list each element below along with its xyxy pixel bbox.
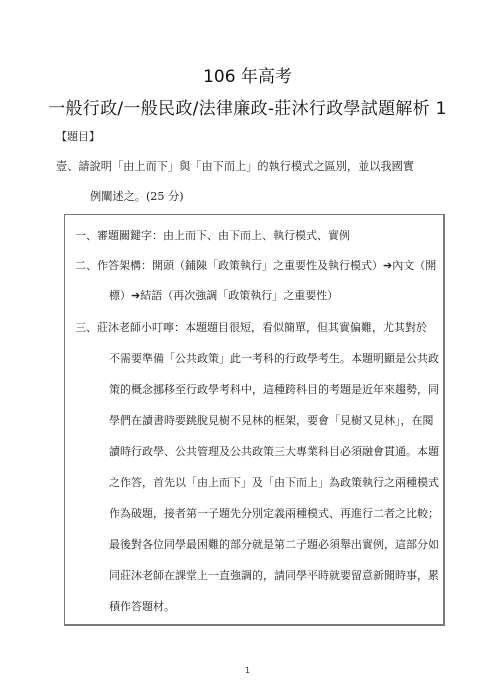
answer-line: 一、審題關鍵字：由上而下、由下而上、執行模式、實例 [75, 227, 350, 243]
answer-line: 學們在讀書時要跳脫見樹不見林的框架，要會「見樹又見林」，在閱 [109, 412, 434, 428]
answer-line: 作為破題，接者第一子題先分別定義兩種模式、再進行二者之比較； [109, 505, 439, 521]
answer-guide-box: 一、審題關鍵字：由上而下、由下而上、執行模式、實例 二、作答架構：開頭（鋪陳「政… [64, 214, 445, 626]
answer-line: 之作答，首先以「由上而下」及「由下而上」為政策執行之兩種模式 [109, 474, 439, 490]
answer-line: 三、莊沐老師小叮嚀：本題題目很短，看似簡單，但其實偏難，尤其對於 [75, 319, 427, 335]
answer-line: 同莊沐老師在課堂上一直強調的，請同學平時就要留意新聞時事，累 [109, 567, 439, 583]
question-line: 例闡述之。(25 分) [56, 182, 456, 212]
document-title: 106 年高考 [0, 66, 495, 88]
answer-line: 積作答題材。 [109, 598, 175, 614]
answer-line: 策的概念挪移至行政學考科中，這種跨科目的考題是近年來趨勢，同 [109, 381, 439, 397]
document-subtitle: 一般行政/一般民政/法律廉政-莊沐行政學試題解析 1 [0, 98, 495, 120]
answer-line: 標）➔結語（再次強調「政策執行」之重要性） [109, 287, 338, 303]
page-number: 1 [0, 666, 495, 675]
section-label: 【題目】 [56, 130, 100, 144]
answer-line: 二、作答架構：開頭（鋪陳「政策執行」之重要性及執行模式）➔內文（開 [75, 257, 436, 273]
question-text: 壹、請說明「由上而下」與「由下而上」的執行模式之區別，並以我國實 例闡述之。(2… [56, 152, 456, 212]
question-line: 壹、請說明「由上而下」與「由下而上」的執行模式之區別，並以我國實 [56, 152, 456, 182]
answer-line: 最後對各位同學最困難的部分就是第二子題必須舉出實例，這部分如 [109, 536, 439, 552]
answer-line: 讀時行政學、公共管理及公共政策三大專業科目必須融會貫通。本題 [109, 443, 439, 459]
answer-line: 不需要準備「公共政策」此一考科的行政學考生。本題明顯是公共政 [109, 350, 439, 366]
